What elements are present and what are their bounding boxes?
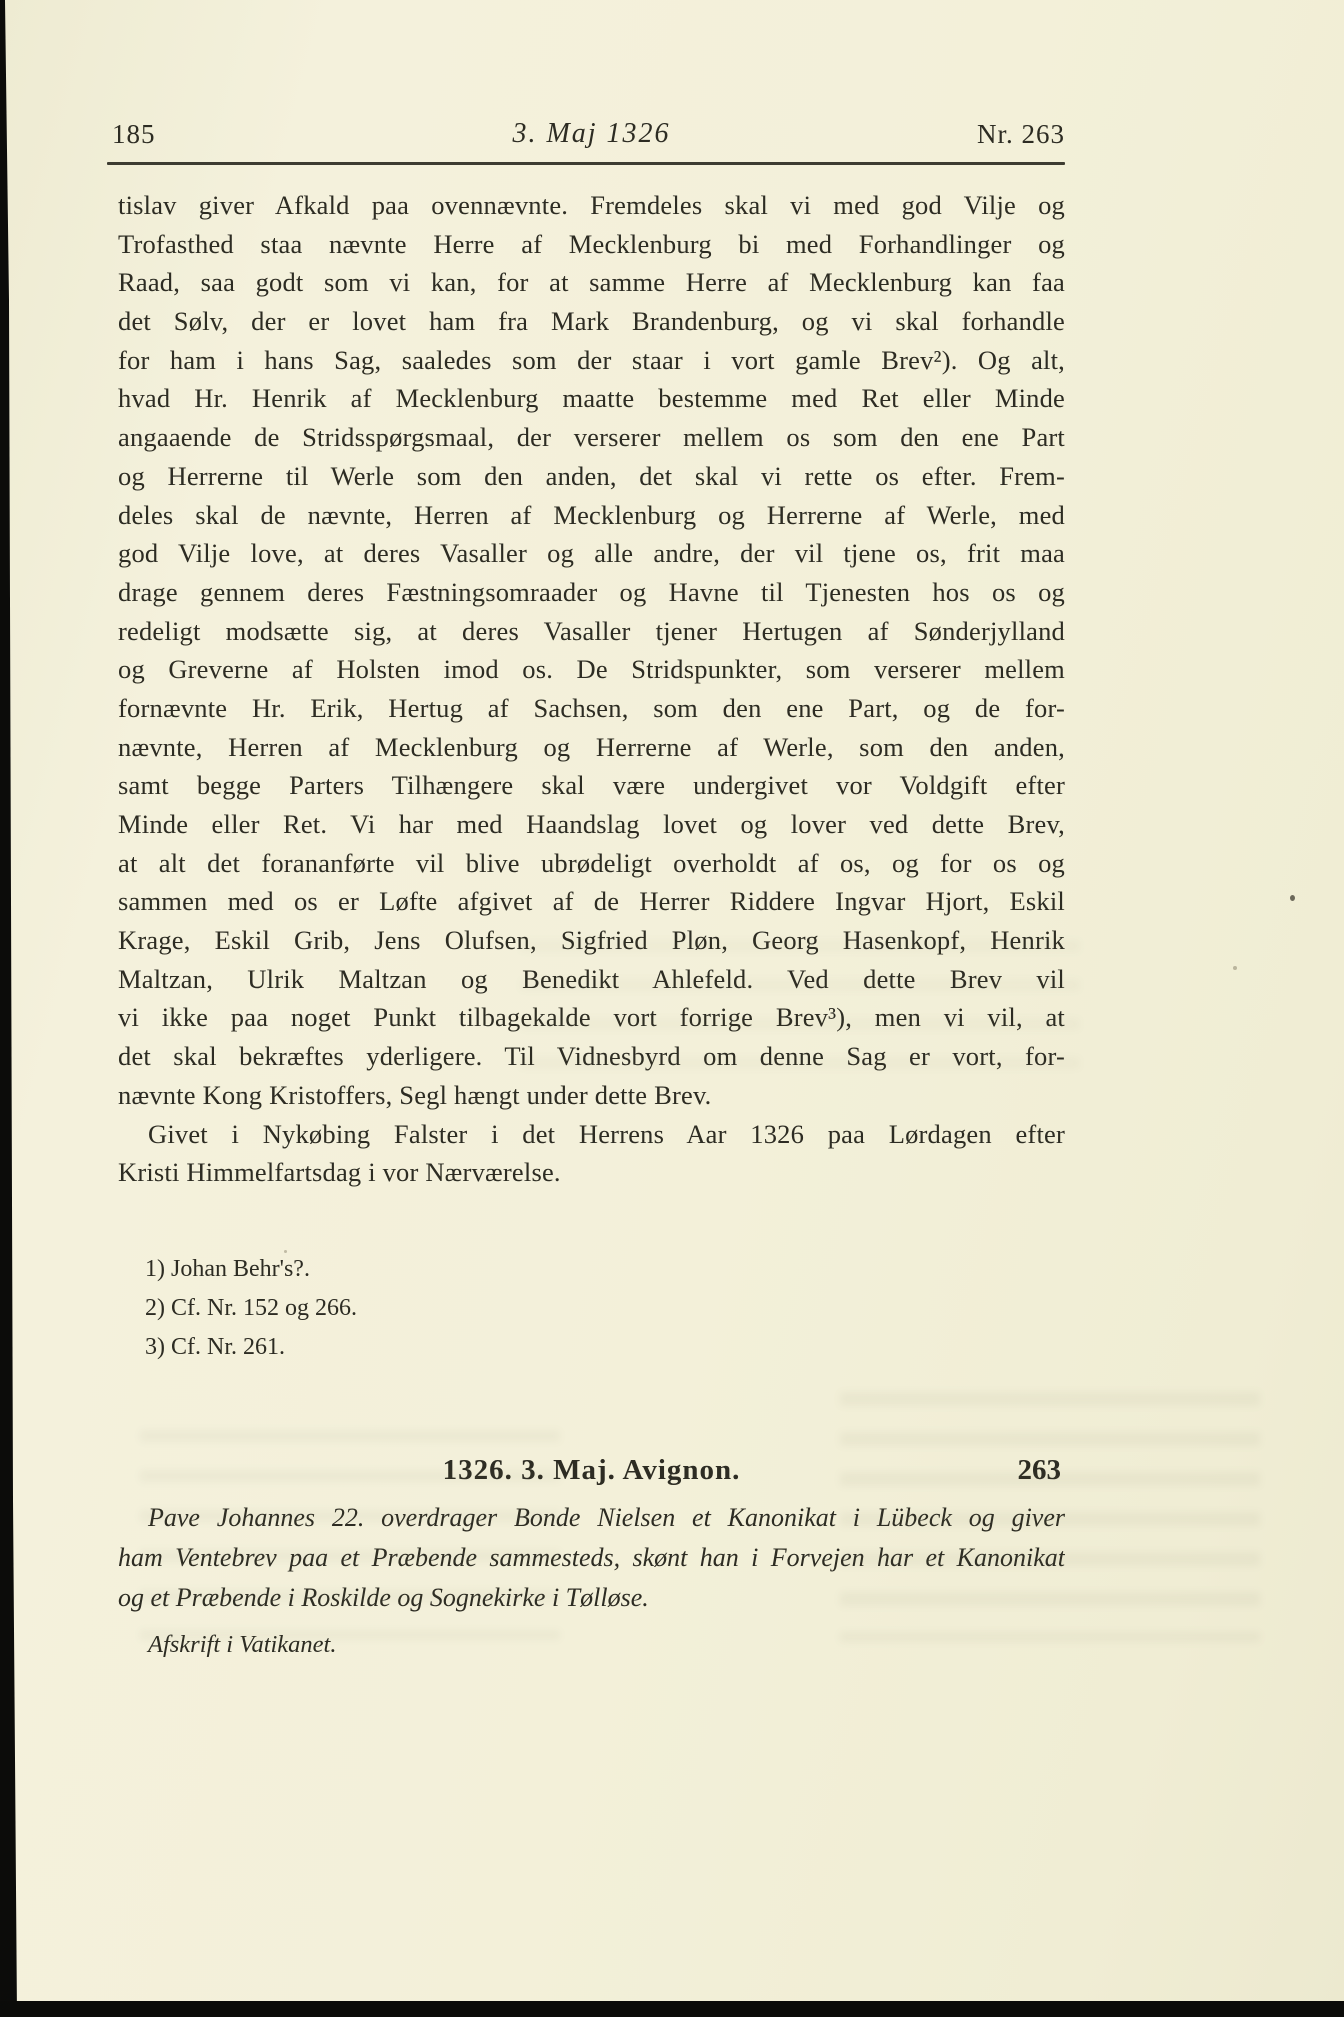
- text-line: angaaende de Stridsspørgsmaal, der verse…: [118, 418, 1065, 457]
- document-263-summary: Pave Johannes 22. overdrager Bonde Niels…: [118, 1498, 1065, 1618]
- summary-line: ham Ventebrev paa et Præbende sammesteds…: [118, 1538, 1065, 1578]
- page-header: 185 3. Maj 1326 Nr. 263: [118, 116, 1065, 152]
- text-line: det Sølv, der er lovet ham fra Mark Bran…: [118, 302, 1065, 341]
- running-title: 3. Maj 1326: [118, 116, 1065, 152]
- text-line: sammen med os er Løfte afgivet af de Her…: [118, 882, 1065, 921]
- summary-line: Pave Johannes 22. overdrager Bonde Niels…: [118, 1498, 1065, 1538]
- book-page: 185 3. Maj 1326 Nr. 263 tislav giver Afk…: [0, 0, 1344, 2017]
- text-line: god Vilje love, at deres Vasaller og all…: [118, 534, 1065, 573]
- text-line: Givet i Nykøbing Falster i det Herrens A…: [118, 1115, 1065, 1154]
- header-document-number: Nr. 263: [977, 116, 1065, 152]
- text-line: samt begge Parters Tilhængere skal være …: [118, 766, 1065, 805]
- text-line: Trofasthed staa nævnte Herre af Mecklenb…: [118, 225, 1065, 264]
- text-line: tislav giver Afkald paa ovennævnte. Frem…: [118, 186, 1065, 225]
- footnote-line: 2) Cf. Nr. 152 og 266.: [118, 1289, 1065, 1328]
- text-line: for ham i hans Sag, saaledes som der sta…: [118, 341, 1065, 380]
- text-line: at alt det forananførte vil blive ubrøde…: [118, 844, 1065, 883]
- document-263-number: 263: [1018, 1450, 1062, 1490]
- document-closing-text: Givet i Nykøbing Falster i det Herrens A…: [118, 1115, 1065, 1192]
- document-263-heading-row: 1326. 3. Maj. Avignon. 263: [118, 1450, 1065, 1490]
- text-line: fornævnte Hr. Erik, Hertug af Sachsen, s…: [118, 689, 1065, 728]
- document-263-heading: 1326. 3. Maj. Avignon.: [118, 1450, 1065, 1490]
- text-line: nævnte, Herren af Mecklenburg og Herrern…: [118, 728, 1065, 767]
- text-line: nævnte Kong Kristoffers, Segl hængt unde…: [118, 1076, 1065, 1115]
- text-line: Minde eller Ret. Vi har med Haandslag lo…: [118, 805, 1065, 844]
- text-line: drage gennem deres Fæstningsomraader og …: [118, 573, 1065, 612]
- ink-speck: [1290, 895, 1295, 901]
- text-line: deles skal de nævnte, Herren af Mecklenb…: [118, 496, 1065, 535]
- text-line: og Greverne af Holsten imod os. De Strid…: [118, 650, 1065, 689]
- header-rule: [107, 162, 1065, 165]
- text-line: Kristi Himmelfartsdag i vor Nærværelse.: [118, 1153, 1065, 1192]
- text-line: og Herrerne til Werle som den anden, det…: [118, 457, 1065, 496]
- footnote-line: 1) Johan Behr's?.: [118, 1250, 1065, 1289]
- footnotes: 1) Johan Behr's?.2) Cf. Nr. 152 og 266.3…: [118, 1250, 1065, 1368]
- ink-speck: [284, 1250, 287, 1253]
- summary-line: og et Præbende i Roskilde og Sognekirke …: [118, 1578, 1065, 1618]
- text-line: Krage, Eskil Grib, Jens Olufsen, Sigfrie…: [118, 921, 1065, 960]
- footnote-line: 3) Cf. Nr. 261.: [118, 1328, 1065, 1367]
- scan-edge-bottom: [0, 2001, 1344, 2017]
- text-line: redeligt modsætte sig, at deres Vasaller…: [118, 612, 1065, 651]
- text-line: vi ikke paa noget Punkt tilbagekalde vor…: [118, 998, 1065, 1037]
- text-line: Raad, saa godt som vi kan, for at samme …: [118, 263, 1065, 302]
- text-line: Maltzan, Ulrik Maltzan og Benedikt Ahlef…: [118, 960, 1065, 999]
- text-line: det skal bekræftes yderligere. Til Vidne…: [118, 1037, 1065, 1076]
- source-note: Afskrift i Vatikanet.: [118, 1628, 1065, 1662]
- ink-speck: [1233, 966, 1237, 970]
- document-body-text: tislav giver Afkald paa ovennævnte. Frem…: [118, 186, 1065, 1115]
- text-line: hvad Hr. Henrik af Mecklenburg maatte be…: [118, 379, 1065, 418]
